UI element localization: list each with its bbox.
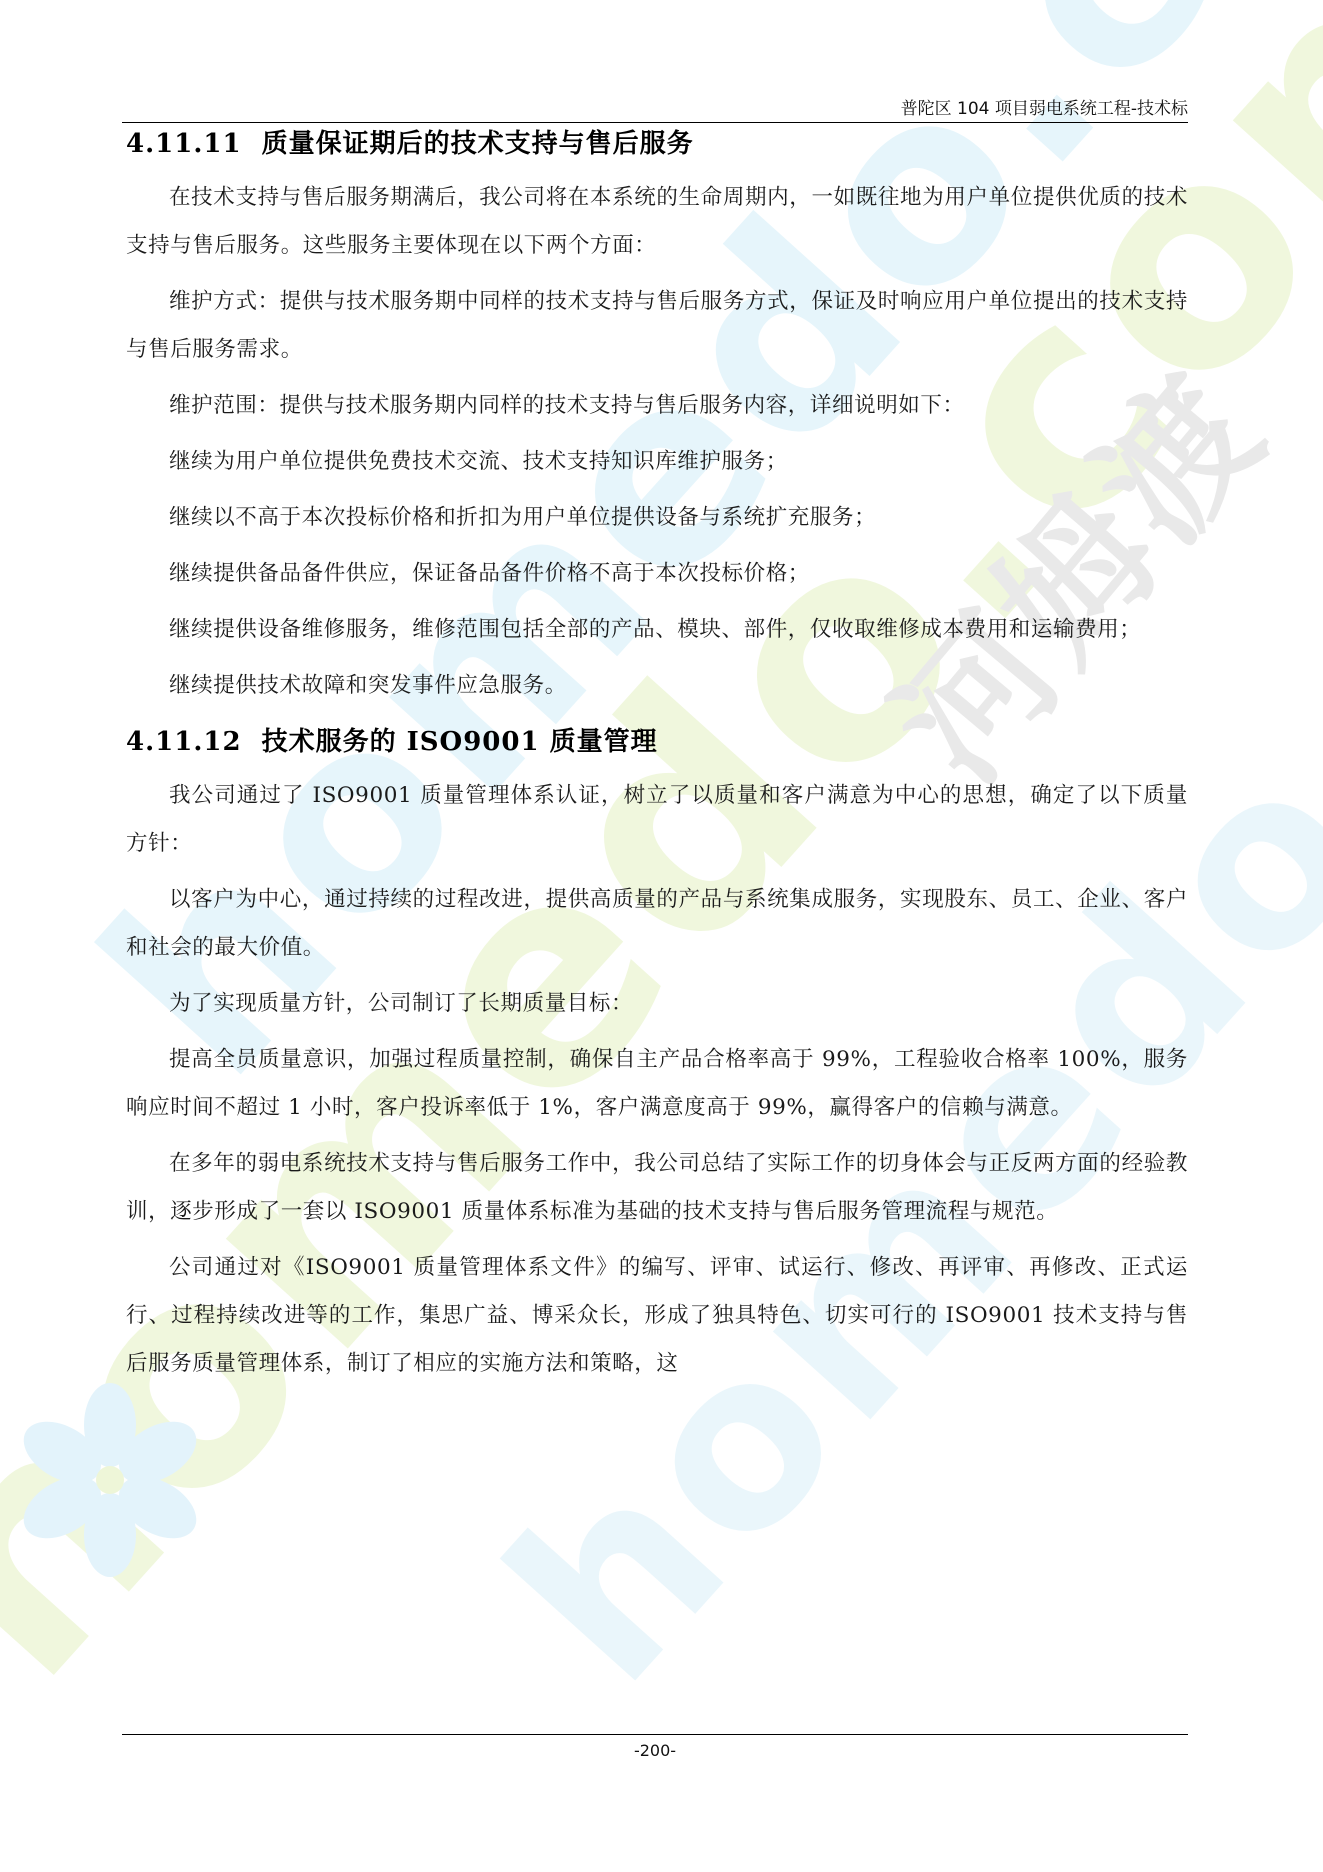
- section-4-11-12: 4.11.12技术服务的 ISO9001 质量管理 我公司通过了 ISO9001…: [126, 718, 1188, 1388]
- section-heading: 4.11.12技术服务的 ISO9001 质量管理: [126, 718, 1188, 766]
- paragraph: 在技术支持与售后服务期满后，我公司将在本系统的生命周期内，一如既往地为用户单位提…: [126, 174, 1188, 270]
- running-header: 普陀区 104 项目弱电系统工程-技术标: [122, 92, 1188, 123]
- section-4-11-11: 4.11.11质量保证期后的技术支持与售后服务 在技术支持与售后服务期满后，我公…: [126, 120, 1188, 710]
- page-number: -200-: [634, 1741, 676, 1760]
- paragraph: 我公司通过了 ISO9001 质量管理体系认证，树立了以质量和客户满意为中心的思…: [126, 772, 1188, 868]
- list-item: 继续提供技术故障和突发事件应急服务。: [126, 662, 1188, 710]
- list-item: 继续提供设备维修服务，维修范围包括全部的产品、模块、部件，仅收取维修成本费用和运…: [126, 606, 1188, 654]
- watermark-flower-logo-icon: [10, 1380, 210, 1580]
- list-item: 继续以不高于本次投标价格和折扣为用户单位提供设备与系统扩充服务；: [126, 494, 1188, 542]
- running-footer: -200-: [122, 1734, 1188, 1760]
- paragraph: 提高全员质量意识，加强过程质量控制，确保自主产品合格率高于 99%，工程验收合格…: [126, 1036, 1188, 1132]
- section-title: 技术服务的 ISO9001 质量管理: [262, 727, 658, 757]
- paragraph: 在多年的弱电系统技术支持与售后服务工作中，我公司总结了实际工作的切身体会与正反两…: [126, 1140, 1188, 1236]
- list-item: 继续提供备品备件供应，保证备品备件价格不高于本次投标价格；: [126, 550, 1188, 598]
- section-heading: 4.11.11质量保证期后的技术支持与售后服务: [126, 120, 1188, 168]
- document-header-title: 普陀区 104 项目弱电系统工程-技术标: [901, 94, 1188, 119]
- paragraph: 为了实现质量方针，公司制订了长期质量目标：: [126, 980, 1188, 1028]
- paragraph: 以客户为中心，通过持续的过程改进，提供高质量的产品与系统集成服务，实现股东、员工…: [126, 876, 1188, 972]
- section-number: 4.11.12: [126, 727, 242, 757]
- section-title: 质量保证期后的技术支持与售后服务: [262, 129, 694, 159]
- paragraph: 维护方式：提供与技术服务期中同样的技术支持与售后服务方式，保证及时响应用户单位提…: [126, 278, 1188, 374]
- page-body: 4.11.11质量保证期后的技术支持与售后服务 在技术支持与售后服务期满后，我公…: [126, 120, 1188, 1388]
- paragraph: 维护范围：提供与技术服务期内同样的技术支持与售后服务内容，详细说明如下：: [126, 382, 1188, 430]
- paragraph: 公司通过对《ISO9001 质量管理体系文件》的编写、评审、试运行、修改、再评审…: [126, 1244, 1188, 1388]
- list-item: 继续为用户单位提供免费技术交流、技术支持知识库维护服务；: [126, 438, 1188, 486]
- section-number: 4.11.11: [126, 129, 242, 159]
